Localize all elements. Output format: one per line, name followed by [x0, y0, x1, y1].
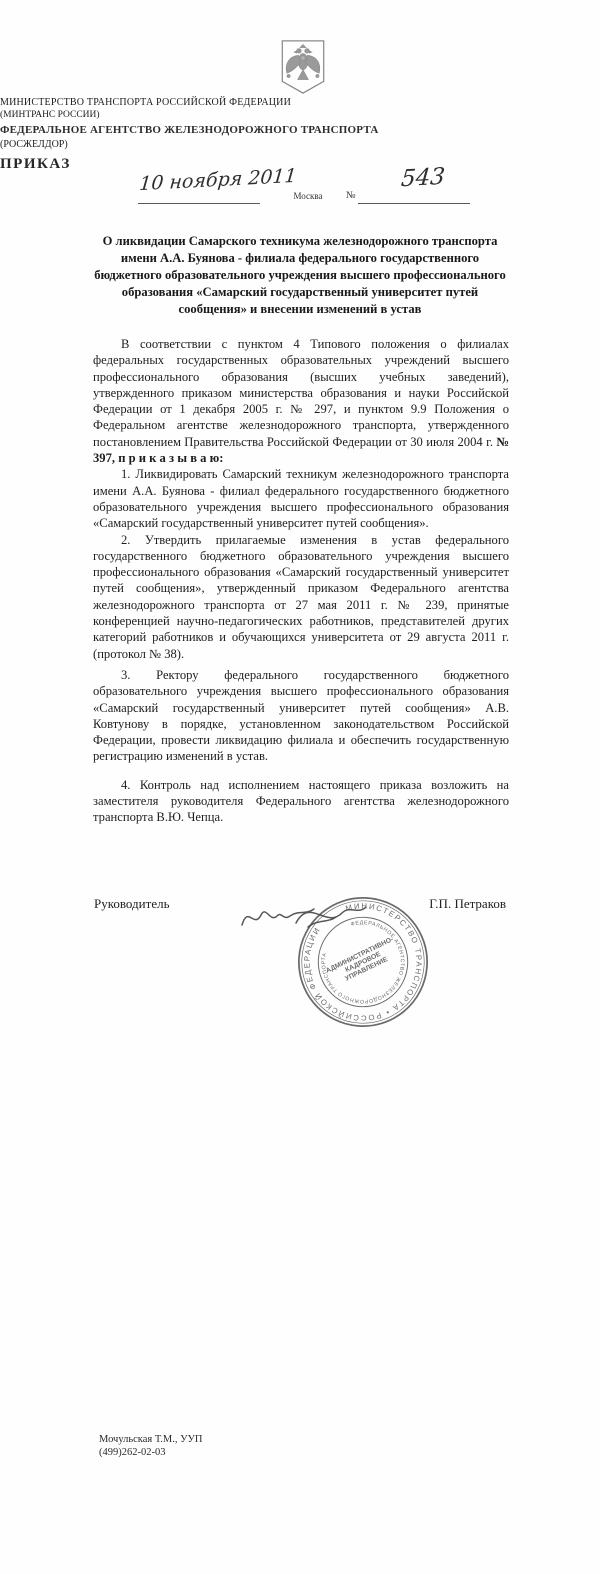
- ministry-abbreviation: (МИНТРАНС РОССИИ): [0, 110, 600, 120]
- ministry-name: МИНИСТЕРСТВО ТРАНСПОРТА РОССИЙСКОЙ ФЕДЕР…: [0, 97, 600, 108]
- order-title-line: О ликвидации Самарского техникума железн…: [0, 233, 600, 250]
- order-item-4: 4. Контроль над исполнением настоящего п…: [93, 777, 509, 826]
- executor-block: Мочульская Т.М., УУП (499)262-02-03: [99, 1433, 203, 1459]
- order-title-line: бюджетного образовательного учреждения в…: [0, 267, 600, 284]
- executor-name: Мочульская Т.М., УУП: [99, 1433, 203, 1446]
- official-round-stamp: МИНИСТЕРСТВО ТРАНСПОРТА • РОССИЙСКОЙ ФЕД…: [295, 894, 431, 1030]
- agency-name: ФЕДЕРАЛЬНОЕ АГЕНТСТВО ЖЕЛЕЗНОДОРОЖНОГО Т…: [0, 124, 600, 136]
- order-title-line: имени А.А. Буянова - филиала федеральног…: [0, 250, 600, 267]
- order-item-3: 3. Ректору федерального государственного…: [93, 667, 509, 765]
- coat-of-arms-icon: [276, 38, 330, 96]
- document-type-heading: ПРИКАЗ: [0, 156, 600, 173]
- order-item-2: 2. Утвердить прилагаемые изменения в уст…: [93, 532, 509, 662]
- agency-abbreviation: (РОСЖЕЛДОР): [0, 139, 600, 150]
- signer-role: Руководитель: [94, 896, 170, 912]
- intro-paragraph: В соответствии с пунктом 4 Типового поло…: [93, 336, 509, 466]
- order-body: В соответствии с пунктом 4 Типового поло…: [93, 336, 509, 826]
- date-underline: [138, 203, 260, 204]
- executor-phone: (499)262-02-03: [99, 1446, 203, 1459]
- handwritten-order-number: 543: [387, 163, 459, 193]
- order-item-1: 1. Ликвидировать Самарский техникум желе…: [93, 466, 509, 531]
- number-label: №: [346, 190, 356, 201]
- order-title: О ликвидации Самарского техникума железн…: [0, 233, 600, 318]
- city-label: Москва: [278, 191, 338, 201]
- scanned-order-document: МИНИСТЕРСТВО ТРАНСПОРТА РОССИЙСКОЙ ФЕДЕР…: [0, 0, 600, 1574]
- signer-name: Г.П. Петраков: [429, 896, 506, 912]
- intro-text: В соответствии с пунктом 4 Типового поло…: [93, 337, 509, 449]
- order-title-line: образования «Самарский государственный у…: [0, 284, 600, 301]
- order-title-line: сообщения» и внесении изменений в устав: [0, 301, 600, 318]
- number-underline: [358, 203, 470, 204]
